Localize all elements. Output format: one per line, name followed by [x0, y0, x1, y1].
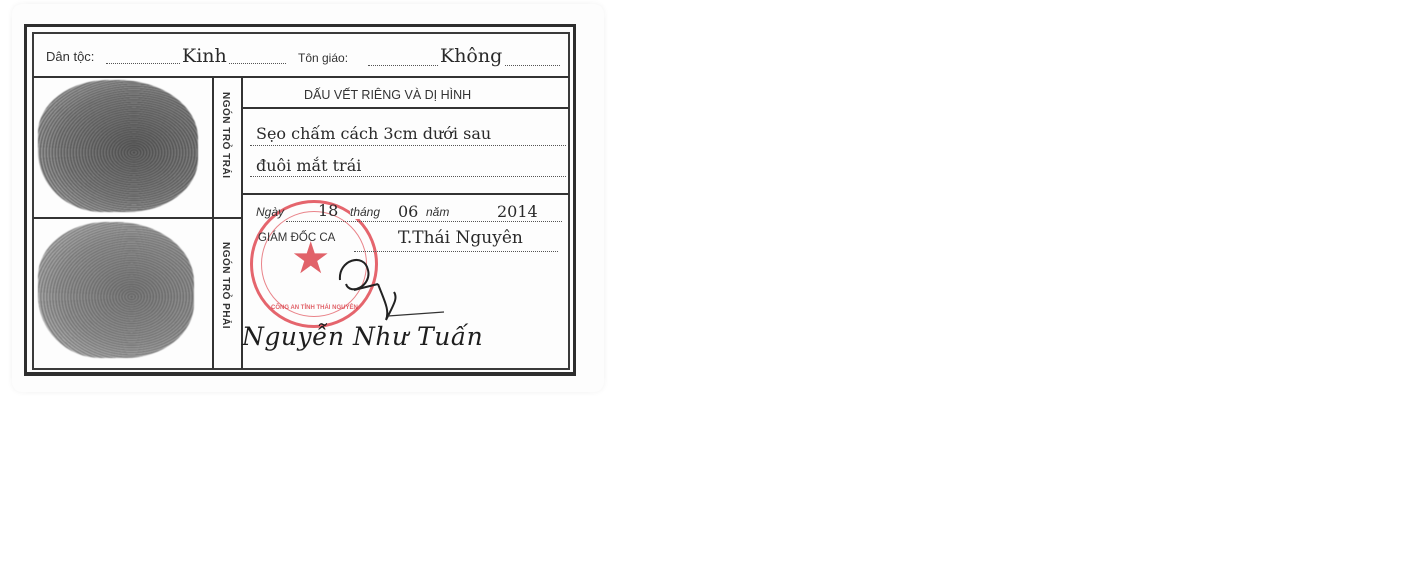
marks-bottom-divider: [242, 193, 569, 195]
date-day: 18: [318, 201, 338, 220]
signature-mark: [320, 240, 460, 330]
right-index-label: NGÓN TRỎ PHẢI: [220, 242, 231, 329]
fingerprint-row-divider: [33, 217, 242, 219]
date-month-label: tháng: [350, 205, 380, 219]
religion-label: Tôn giáo:: [298, 51, 348, 65]
marks-line-1: Sẹo chấm cách 3cm dưới sau: [256, 124, 491, 143]
header-row-divider: [33, 76, 569, 78]
date-month: 06: [398, 202, 418, 221]
ethnicity-label: Dân tộc:: [46, 49, 94, 64]
marks-dots-2: [250, 176, 566, 177]
date-year-label: năm: [426, 205, 449, 219]
ethnicity-value: Kinh: [180, 45, 229, 67]
religion-value: Không: [438, 45, 504, 67]
date-day-label: Ngày: [256, 205, 284, 219]
left-index-label: NGÓN TRỎ TRÁI: [220, 92, 231, 179]
right-index-fingerprint: [38, 222, 194, 358]
marks-heading: DẤU VẾT RIÊNG VÀ DỊ HÌNH: [304, 88, 471, 102]
signatory-name: Nguyễn Như Tuấn: [242, 322, 483, 351]
date-dots: [286, 221, 562, 222]
left-index-fingerprint: [38, 80, 198, 212]
marks-line-2: đuôi mắt trái: [256, 156, 361, 175]
date-year: 2014: [497, 202, 538, 221]
marks-dots-1: [250, 145, 566, 146]
fingerprint-column-divider: [212, 77, 214, 369]
marks-heading-divider: [242, 107, 569, 109]
